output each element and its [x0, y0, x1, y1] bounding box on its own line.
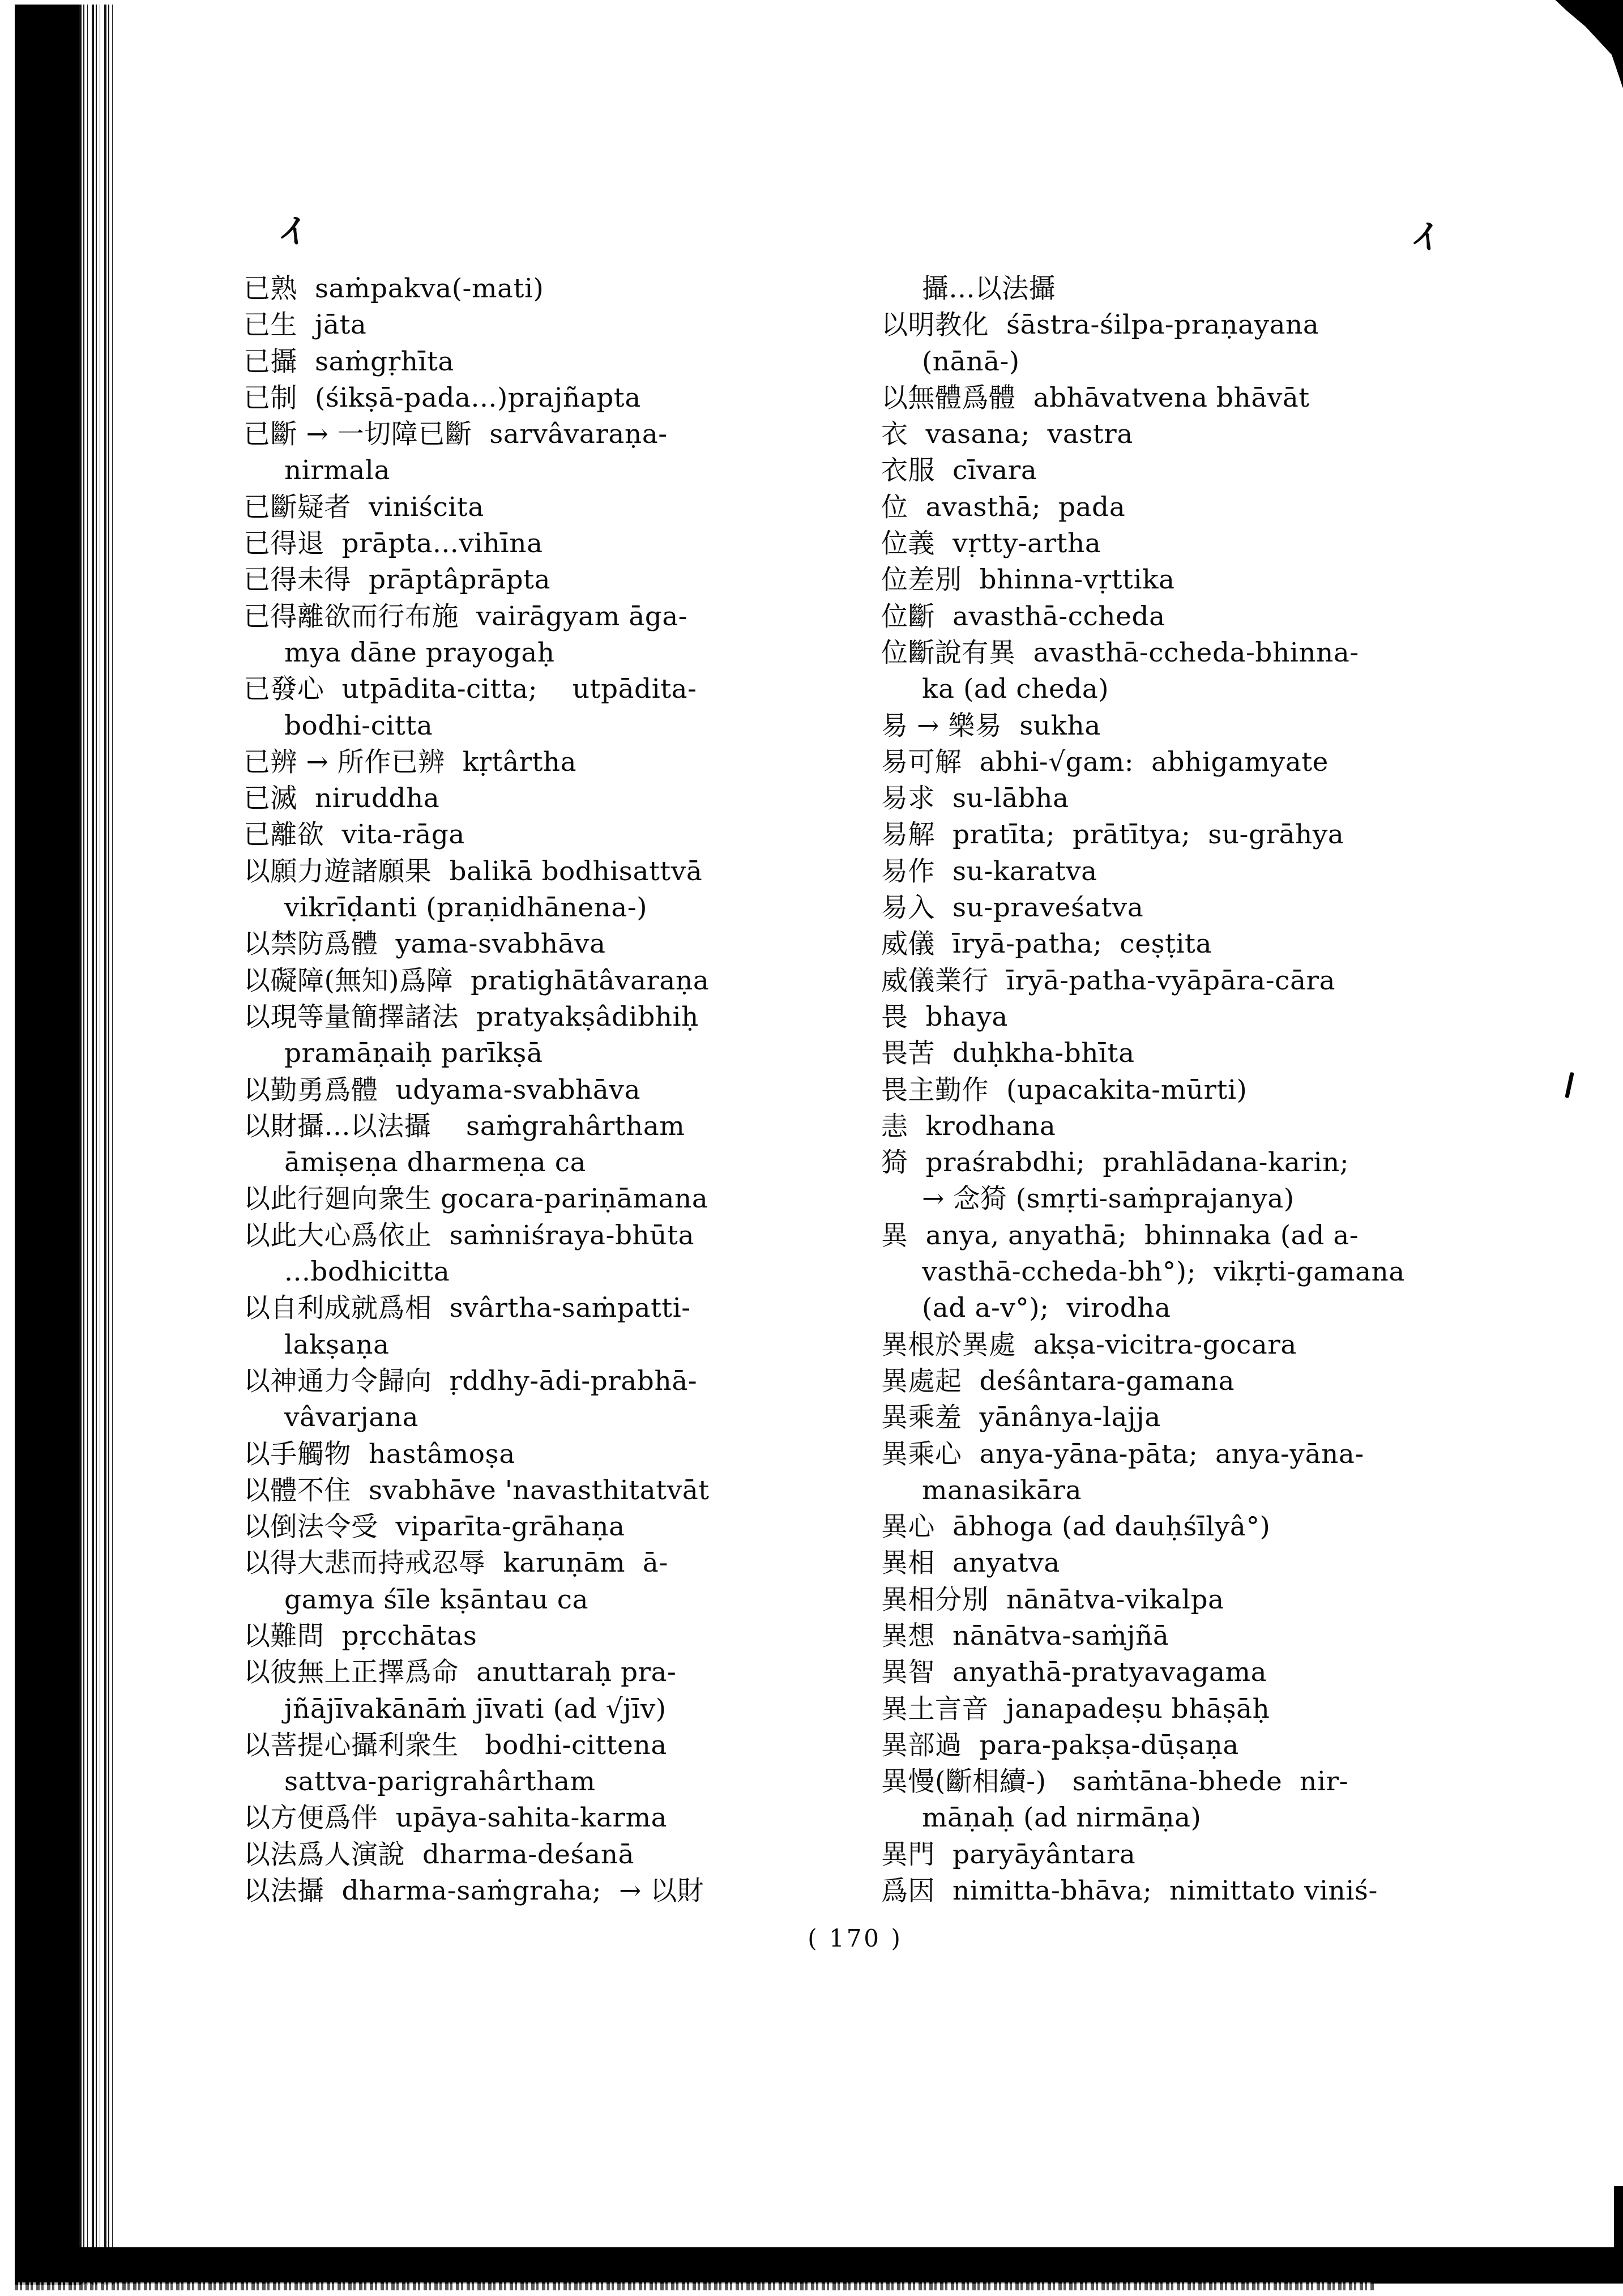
entry-line: 以現等量簡擇諸法 pratyakṣâdibhiḥ — [244, 999, 912, 1035]
entry-line: 威儀 īryā-patha; ceṣṭita — [881, 926, 1617, 962]
entry-line: 位斷說有異 avasthā-ccheda-bhinna- — [881, 635, 1617, 671]
entry-line: 以無體爲體 abhāvatvena bhāvāt — [881, 380, 1617, 416]
entry-line: 異相分別 nānātva-vikalpa — [881, 1582, 1617, 1618]
entry-line: 畏苦 duḥkha-bhīta — [881, 1035, 1617, 1072]
entry-line: 以體不住 svabhāve 'navasthitatvāt — [244, 1473, 912, 1509]
entry-line: 已離欲 vita-rāga — [244, 817, 912, 853]
entry-line: jñājīvakānāṁ jīvati (ad √jīv) — [244, 1691, 912, 1727]
entry-line: 異心 ābhoga (ad dauḥśīlyâ°) — [881, 1509, 1617, 1545]
entry-line: 已得未得 prāptâprāpta — [244, 562, 912, 598]
entry-line: 以難問 pṛcchātas — [244, 1618, 912, 1654]
entry-line: 異智 anyathā-pratyavagama — [881, 1654, 1617, 1691]
entry-line: 位斷 avasthā-ccheda — [881, 599, 1617, 635]
entry-line: āmiṣeṇa dharmeṇa ca — [244, 1145, 912, 1181]
entry-line: 異部過 para-pakṣa-dūṣaṇa — [881, 1727, 1617, 1764]
entry-line: 爲因 nimitta-bhāva; nimittato viniś- — [881, 1873, 1617, 1909]
entry-line: 已生 jāta — [244, 307, 912, 343]
entry-line: 位 avasthā; pada — [881, 489, 1617, 526]
entry-line: vâvarjana — [244, 1399, 912, 1436]
entry-line: 威儀業行 īryā-patha-vyāpāra-cāra — [881, 963, 1617, 999]
entry-line: 異相 anyatva — [881, 1545, 1617, 1581]
entry-line: 以法爲人演說 dharma-deśanā — [244, 1837, 912, 1873]
entry-line: 異 anya, anyathā; bhinnaka (ad a- — [881, 1218, 1617, 1254]
entry-line: 衣服 cīvara — [881, 453, 1617, 489]
entry-line: ka (ad cheda) — [881, 671, 1617, 707]
entry-line: 以法攝 dharma-saṁgraha; → 以財 — [244, 1873, 912, 1909]
entry-line: 異土言音 janapadeṣu bhāṣāḥ — [881, 1691, 1617, 1727]
entry-line: 易可解 abhi-√gam: abhigamyate — [881, 744, 1617, 780]
entry-line: 已得離欲而行布施 vairāgyam āga- — [244, 599, 912, 635]
entry-line: 以礙障(無知)爲障 pratighātâvaraṇa — [244, 963, 912, 999]
entry-line: 已斷 → 一切障已斷 sarvâvaraṇa- — [244, 416, 912, 453]
entry-line: 以此行廻向衆生 gocara-pariṇāmana — [244, 1181, 912, 1217]
entry-line: 畏主勤作 (upacakita-mūrti) — [881, 1072, 1617, 1108]
entry-line: ...bodhicitta — [244, 1254, 912, 1290]
entry-line: 已發心 utpādita-citta; utpādita- — [244, 671, 912, 707]
entry-line: 以禁防爲體 yama-svabhāva — [244, 926, 912, 962]
entry-line: 易求 su-lābha — [881, 780, 1617, 817]
entry-line: 以財攝...以法攝 saṁgrahârtham — [244, 1108, 912, 1145]
entry-line: 位差別 bhinna-vṛttika — [881, 562, 1617, 598]
entry-line: 位義 vṛtty-artha — [881, 526, 1617, 562]
entry-line: 異根於異處 akṣa-vicitra-gocara — [881, 1327, 1617, 1363]
entry-line: 以願力遊諸願果 balikā bodhisattvā — [244, 853, 912, 890]
scan-bottom-band — [15, 2247, 1623, 2284]
entry-line: 異乘心 anya-yāna-pāta; anya-yāna- — [881, 1436, 1617, 1473]
scan-bottom-speckle — [15, 2282, 1374, 2290]
entry-line: 已攝 saṁgṛhīta — [244, 344, 912, 380]
entry-line: lakṣaṇa — [244, 1327, 912, 1363]
entry-line: 以方便爲伴 upāya-sahita-karma — [244, 1800, 912, 1836]
entry-line: 已斷疑者 viniścita — [244, 489, 912, 526]
dictionary-column-right: 攝...以法攝以明教化 śāstra-śilpa-praṇayana(nānā-… — [881, 271, 1617, 1909]
entry-line: 以手觸物 hastâmoṣa — [244, 1436, 912, 1473]
entry-line: vasthā-ccheda-bh°); vikṛti-gamana — [881, 1254, 1617, 1290]
entry-line: 已得退 prāpta...vihīna — [244, 526, 912, 562]
entry-line: 異想 nānātva-saṁjñā — [881, 1618, 1617, 1654]
entry-line: 異慢(斷相續-) saṁtāna-bhede nir- — [881, 1764, 1617, 1800]
entry-line: 易入 su-praveśatva — [881, 890, 1617, 926]
entry-line: 以明教化 śāstra-śilpa-praṇayana — [881, 307, 1617, 343]
entry-line: 畏 bhaya — [881, 999, 1617, 1035]
entry-line: 異乘羞 yānânya-lajja — [881, 1399, 1617, 1436]
entry-line: 以彼無上正擇爲命 anuttaraḥ pra- — [244, 1654, 912, 1691]
scan-right-edge-artifact — [1614, 2186, 1623, 2265]
binding-shadow — [15, 5, 79, 2285]
entry-line: 易作 su-karatva — [881, 853, 1617, 890]
entry-line: 恚 krodhana — [881, 1108, 1617, 1145]
entry-line: 攝...以法攝 — [881, 271, 1617, 307]
entry-line: 以倒法令受 viparīta-grāhaṇa — [244, 1509, 912, 1545]
entry-line: bodhi-citta — [244, 708, 912, 744]
entry-line: 以菩提心攝利衆生 bodhi-cittena — [244, 1727, 912, 1764]
entry-line: 以此大心爲依止 saṁniśraya-bhūta — [244, 1218, 912, 1254]
entry-line: 以得大悲而持戒忍辱 karuṇām ā- — [244, 1545, 912, 1581]
entry-line: mya dāne prayogaḥ — [244, 635, 912, 671]
entry-line: 已滅 niruddha — [244, 780, 912, 817]
entry-line: gamya śīle kṣāntau ca — [244, 1582, 912, 1618]
entry-line: 易 → 樂易 sukha — [881, 708, 1617, 744]
scanned-page: イ イ 已熟 saṁpakva(-mati)已生 jāta已攝 saṁgṛhīt… — [0, 0, 1623, 2296]
entry-line: 以勤勇爲體 udyama-svabhāva — [244, 1072, 912, 1108]
entry-line: 衣 vasana; vastra — [881, 416, 1617, 453]
entry-line: manasikāra — [881, 1473, 1617, 1509]
entry-line: māṇaḥ (ad nirmāṇa) — [881, 1800, 1617, 1836]
binding-streaks — [79, 5, 114, 2285]
kana-section-header-right: イ — [1406, 208, 1445, 260]
entry-line: pramāṇaiḥ parīkṣā — [244, 1035, 912, 1072]
entry-line: (nānā-) — [881, 344, 1617, 380]
kana-section-header-left: イ — [273, 203, 312, 254]
entry-line: 已熟 saṁpakva(-mati) — [244, 271, 912, 307]
entry-line: → 念猗 (smṛti-saṁprajanya) — [881, 1181, 1617, 1217]
entry-line: nirmala — [244, 453, 912, 489]
page-number: ( 170 ) — [770, 1924, 940, 1952]
dictionary-column-left: 已熟 saṁpakva(-mati)已生 jāta已攝 saṁgṛhīta已制 … — [244, 271, 912, 1909]
entry-line: 以神通力令歸向 ṛddhy-ādi-prabhā- — [244, 1363, 912, 1399]
entry-line: 以自利成就爲相 svârtha-saṁpatti- — [244, 1290, 912, 1326]
entry-line: 猗 praśrabdhi; prahlādana-karin; — [881, 1145, 1617, 1181]
entry-line: 易解 pratīta; prātītya; su-grāhya — [881, 817, 1617, 853]
entry-line: sattva-parigrahârtham — [244, 1764, 912, 1800]
entry-line: 已制 (śikṣā-pada...)prajñapta — [244, 380, 912, 416]
entry-line: 已辨 → 所作已辨 kṛtârtha — [244, 744, 912, 780]
entry-line: vikrīḍanti (praṇidhānena-) — [244, 890, 912, 926]
entry-line: 異門 paryāyântara — [881, 1837, 1617, 1873]
entry-line: 異處起 deśântara-gamana — [881, 1363, 1617, 1399]
entry-line: (ad a-v°); virodha — [881, 1290, 1617, 1326]
scan-corner-artifact — [1529, 0, 1623, 88]
